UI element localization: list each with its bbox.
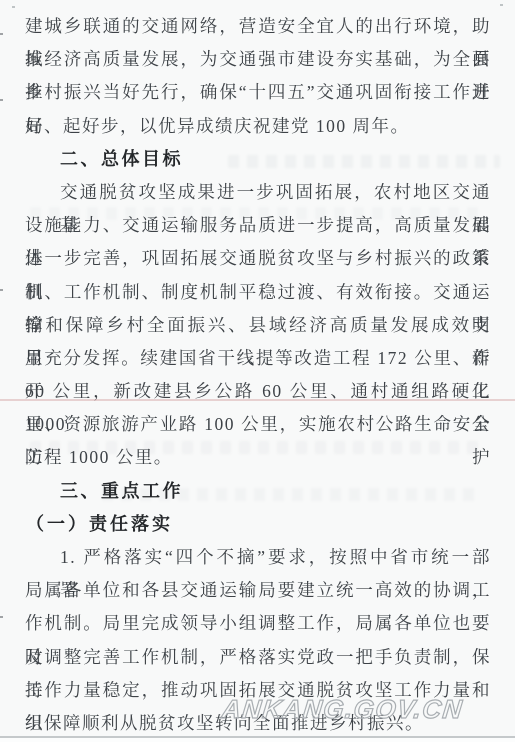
heading-key-work: 三、重点工作 — [25, 475, 491, 508]
body-text-line: 撑和保障乡村全面振兴、县域经济高质量发展成效明显、作 — [25, 309, 491, 342]
scan-edge-artifact — [0, 33, 3, 35]
body-text-line: 域经济高质量发展，为交通强市建设夯实基础，为全面推进 — [25, 43, 491, 76]
scan-red-line-artifact — [0, 399, 515, 401]
heading-overall-goals: 二、总体目标 — [25, 143, 491, 176]
body-text-line: 里、资源旅游产业路 100 公里，实施农村公路生命安全防护 — [25, 408, 491, 441]
scan-edge-artifact — [0, 289, 3, 291]
paragraph-first-line: 1. 严格落实“四个不摘”要求，按照中省市统一部署， — [25, 541, 491, 574]
scan-edge-artifact — [0, 616, 3, 618]
heading-responsibility-implementation: （一）责任落实 — [25, 508, 491, 541]
scan-edge-artifact — [0, 99, 3, 101]
body-text-line: 进一步完善，巩固拓展交通脱贫攻坚与乡村振兴的政策机 — [25, 242, 491, 275]
body-text-line: 作机制。局里完成领导小组调整工作，局属各单位也要及 — [25, 607, 491, 640]
scan-bottom-margin — [0, 738, 515, 742]
paragraph-first-line: 交通脱贫攻坚成果进一步巩固拓展，农村地区交通基础 — [25, 176, 491, 209]
body-text-line: 制、工作机制、制度机制平稳过渡、有效衔接。交通运输支 — [25, 276, 491, 309]
watermark-ankang-gov-cn: ANKANG.GOV.CN — [220, 694, 464, 725]
document-body: 建城乡联通的交通网络，营造安全宜人的出行环境，助推县 域经济高质量发展，为交通强… — [25, 10, 491, 740]
body-text-line: 建城乡联通的交通网络，营造安全宜人的出行环境，助推县 — [25, 10, 491, 43]
body-text-line: 用充分发挥。续建国省干线提等改造工程 172 公里、新开工 — [25, 342, 491, 375]
scan-speck-artifact — [12, 6, 15, 8]
scanned-document-page: 建城乡联通的交通网络，营造安全宜人的出行环境，助推县 域经济高质量发展，为交通强… — [0, 0, 515, 742]
body-text-line: 乡村振兴当好先行，确保“十四五”交通巩固衔接工作开好 — [25, 76, 491, 109]
body-text-line: 设施能力、交通运输服务品质进一步提高，高质量发展体系 — [25, 209, 491, 242]
body-text-line: 60 公里，新改建县乡公路 60 公里、通村通组路硬化 1000 公 — [25, 375, 491, 408]
paragraph-end-line: 局、起好步，以优异成绩庆祝建党 100 周年。 — [25, 110, 491, 143]
body-text-line: 时调整完善工作机制，严格落实党政一把手负责制，保持 — [25, 641, 491, 674]
body-text-line: 局属各单位和各县交通运输局要建立统一高效的协调工 — [25, 574, 491, 607]
scan-speck-artifact — [500, 4, 503, 6]
